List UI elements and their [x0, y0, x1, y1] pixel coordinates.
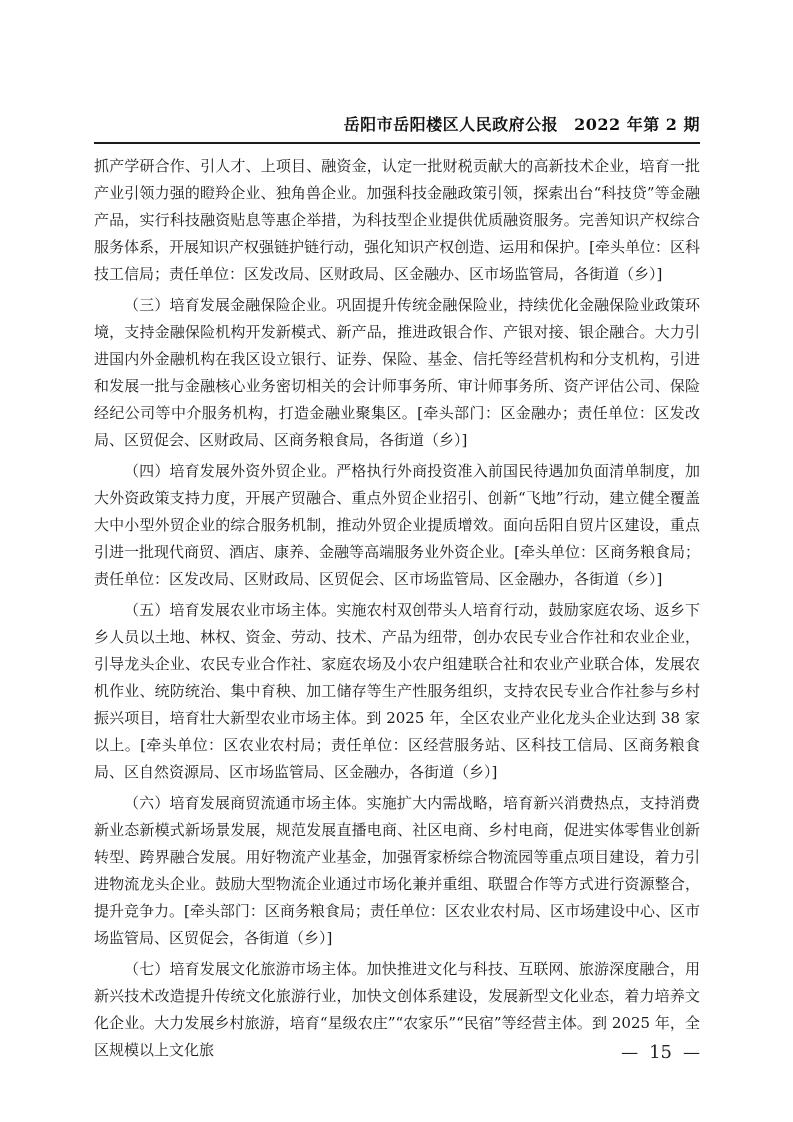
body-paragraph-item-4: （四）培育发展外资外贸企业。严格执行外商投资准入前国民待遇加负面清单制度，加大外…	[94, 458, 700, 593]
body-paragraph-item-7: （七）培育发展文化旅游市场主体。加快推进文化与科技、互联网、旅游深度融合，用新兴…	[94, 956, 700, 1064]
page-footer: — 15 —	[621, 1042, 700, 1063]
page-number: 15	[649, 1042, 672, 1063]
issue-label: 2022 年第 2 期	[574, 112, 700, 135]
body-paragraph-item-5: （五）培育发展农业市场主体。实施农村双创带头人培育行动，鼓励家庭农场、返乡下乡人…	[94, 597, 700, 786]
body-paragraph-item-3: （三）培育发展金融保险企业。巩固提升传统金融保险业，持续优化金融保险业政策环境，…	[94, 292, 700, 454]
body-paragraph-item-6: （六）培育发展商贸流通市场主体。实施扩大内需战略，培育新兴消费热点，支持消费新业…	[94, 790, 700, 952]
gazette-title: 岳阳市岳阳楼区人民政府公报	[344, 112, 559, 135]
body-paragraph-continuation: 抓产学研合作、引人才、上项目、融资金，认定一批财税贡献大的高新技术企业，培育一批…	[94, 153, 700, 288]
page-number-dash-right: —	[683, 1043, 700, 1063]
page-content: 岳阳市岳阳楼区人民政府公报 2022 年第 2 期 抓产学研合作、引人才、上项目…	[94, 112, 700, 1068]
page-header: 岳阳市岳阳楼区人民政府公报 2022 年第 2 期	[94, 112, 700, 144]
gazette-page: 岳阳市岳阳楼区人民政府公报 2022 年第 2 期 抓产学研合作、引人才、上项目…	[0, 0, 793, 1122]
page-number-dash-left: —	[621, 1043, 638, 1063]
document-body: 抓产学研合作、引人才、上项目、融资金，认定一批财税贡献大的高新技术企业，培育一批…	[94, 153, 700, 1064]
